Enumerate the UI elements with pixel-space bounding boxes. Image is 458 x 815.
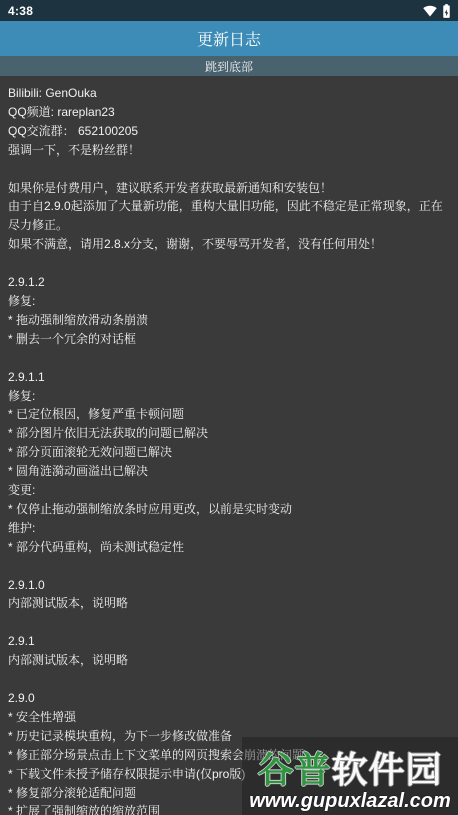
status-time: 4:38: [8, 4, 33, 18]
app-header: 更新日志: [0, 21, 458, 56]
wifi-icon: [423, 5, 437, 17]
changelog-line: * 部分代码重构，尚未测试稳定性: [8, 538, 450, 557]
changelog-line: * 部分页面滚轮无效问题已解决: [8, 443, 450, 462]
changelog-line: 2.9.1.2: [8, 273, 450, 292]
changelog-line: 内部测试版本，说明略: [8, 651, 450, 670]
changelog-line: * 修正部分场景点击上下文菜单的网页搜索会崩溃的问题: [8, 746, 450, 765]
changelog-line: Bilibili: GenOuka: [8, 84, 450, 103]
changelog-line: * 扩展了强制缩放的缩放范围: [8, 802, 450, 815]
changelog-line: 维护:: [8, 519, 450, 538]
changelog-line: 修复:: [8, 387, 450, 406]
changelog-line: [8, 670, 450, 689]
changelog-line: 2.9.1: [8, 632, 450, 651]
changelog-line: * 部分图片依旧无法获取的问题已解决: [8, 424, 450, 443]
changelog-line: * 删去一个冗余的对话框: [8, 330, 450, 349]
changelog-line: * 圆角涟漪动画溢出已解决: [8, 462, 450, 481]
changelog-line: 如果不满意，请用2.8.x分支，谢谢，不要辱骂开发者，没有任何用处！: [8, 235, 450, 254]
changelog-line: * 仅停止拖动强制缩放条时应用更改，以前是实时变动: [8, 500, 450, 519]
changelog-line: 强调一下，不是粉丝群！: [8, 141, 450, 160]
changelog-line: * 拖动强制缩放滑动条崩溃: [8, 311, 450, 330]
changelog-line: [8, 613, 450, 632]
changelog-line: * 安全性增强: [8, 708, 450, 727]
changelog-line: 2.9.1.0: [8, 576, 450, 595]
changelog-line: * 历史记录模块重构，为下一步修改做准备: [8, 727, 450, 746]
changelog-line: 2.9.1.1: [8, 368, 450, 387]
jump-to-bottom-button[interactable]: 跳到底部: [0, 56, 458, 76]
changelog-line: 变更:: [8, 481, 450, 500]
changelog-content[interactable]: Bilibili: GenOukaQQ频道: rareplan23QQ交流群： …: [0, 76, 458, 815]
status-bar: 4:38: [0, 0, 458, 21]
changelog-line: * 修复部分滚轮适配问题: [8, 784, 450, 803]
changelog-line: QQ频道: rareplan23: [8, 103, 450, 122]
changelog-line: * 已定位根因，修复严重卡顿问题: [8, 405, 450, 424]
changelog-line: * 下载文件未授予储存权限提示申请(仅pro版): [8, 765, 450, 784]
page-title: 更新日志: [197, 27, 261, 50]
changelog-line: [8, 557, 450, 576]
changelog-line: 2.9.0: [8, 689, 450, 708]
changelog-line: 内部测试版本，说明略: [8, 594, 450, 613]
changelog-line: 尽力修正。: [8, 216, 450, 235]
changelog-line: QQ交流群： 652100205: [8, 122, 450, 141]
status-icons: [423, 4, 451, 18]
changelog-line: [8, 349, 450, 368]
changelog-line: [8, 160, 450, 179]
changelog-line: 修复:: [8, 292, 450, 311]
screen: 4:38 更新日志 跳到底部 Bilibili: GenOukaQQ频道: ra…: [0, 0, 458, 815]
changelog-line: 由于自2.9.0起添加了大量新功能，重构大量旧功能，因此不稳定是正常现象，正在: [8, 197, 450, 216]
jump-to-bottom-label: 跳到底部: [205, 58, 253, 75]
changelog-line: [8, 254, 450, 273]
changelog-line: 如果你是付费用户，建议联系开发者获取最新通知和安装包！: [8, 179, 450, 198]
battery-charging-icon: [442, 4, 451, 18]
